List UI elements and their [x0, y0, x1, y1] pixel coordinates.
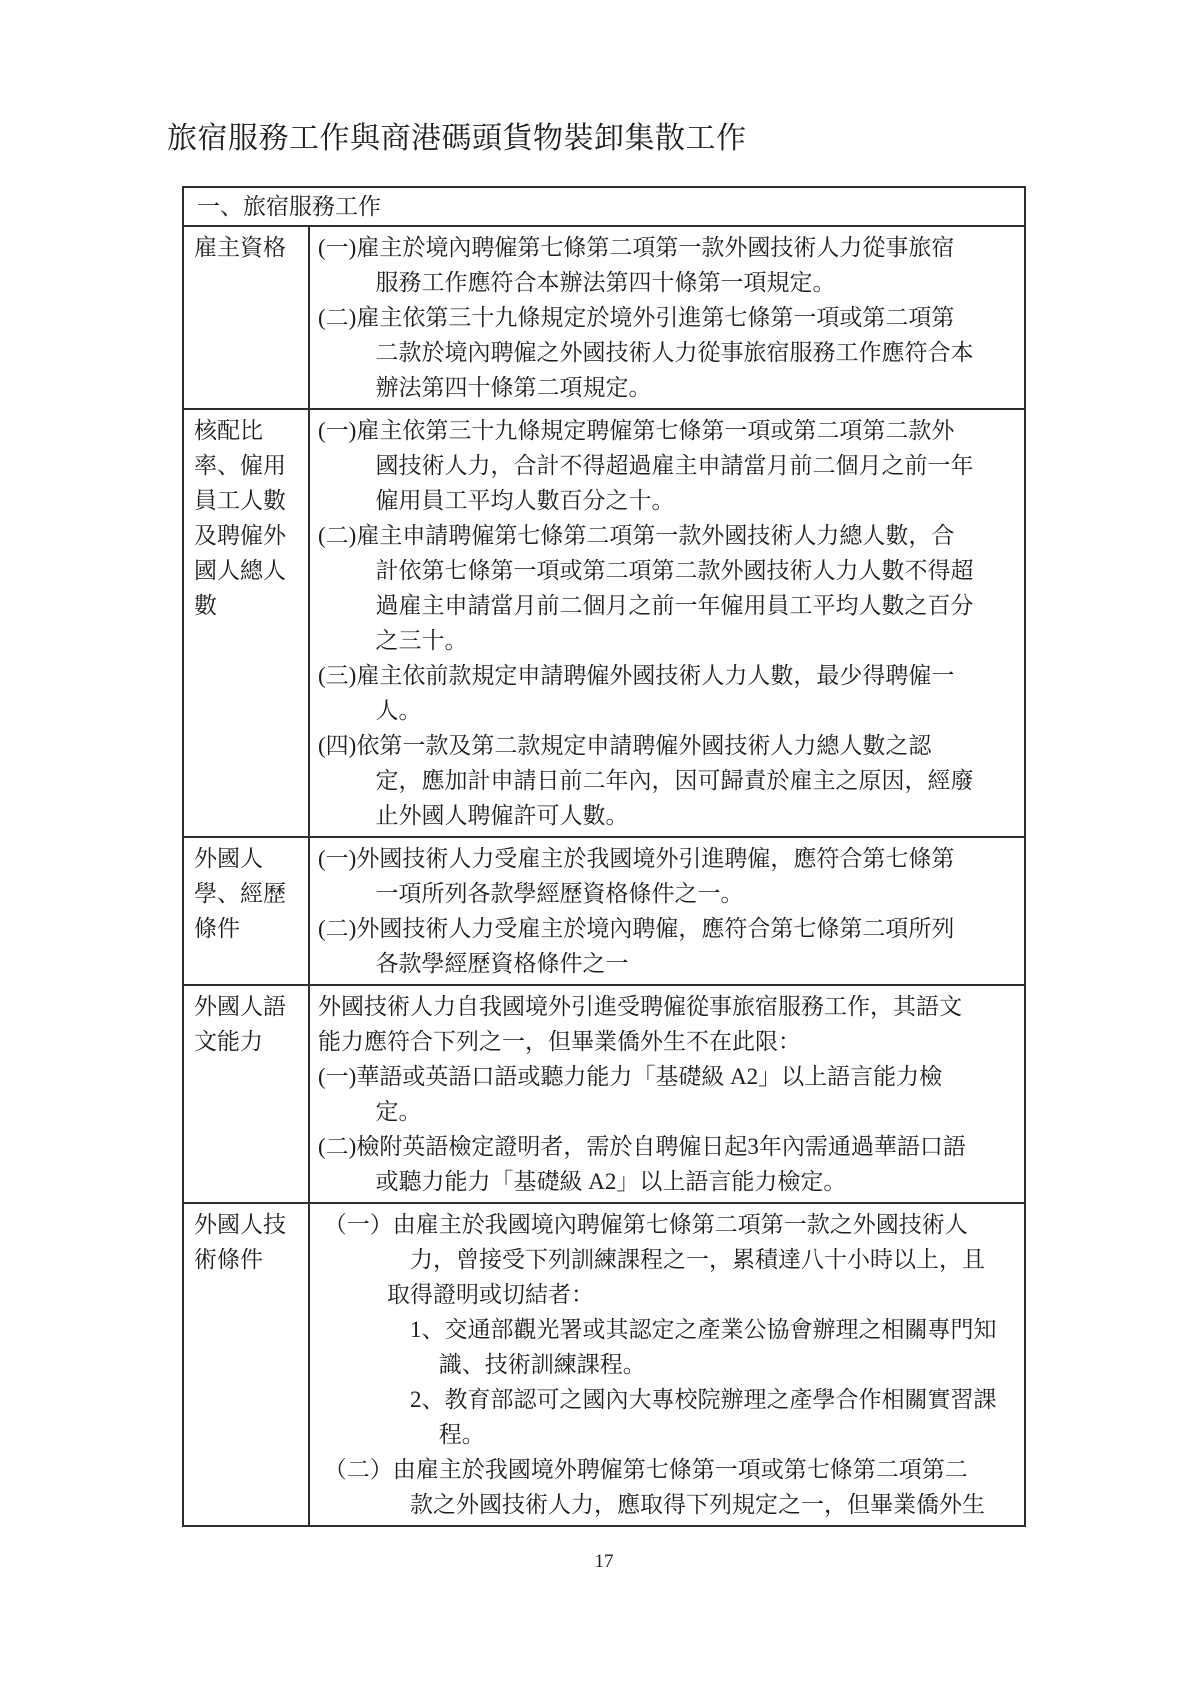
table-row-language-ability: 外國人語 文能力 外國技術人力自我國境外引進受聘僱從事旅宿服務工作，其語文 能力… [184, 986, 1024, 1204]
row-header-cell: 雇主資格 [184, 227, 310, 408]
table-row-technical-conditions: 外國人技 術條件 （一）由雇主於我國境內聘僱第七條第二項第一款之外國技術人 力，… [184, 1204, 1024, 1525]
table-section-header: 一、旅宿服務工作 [184, 188, 1024, 227]
row-content-cell: (一)雇主於境內聘僱第七條第二項第一款外國技術人力從事旅宿 服務工作應符合本辦法… [310, 227, 1024, 408]
row-content-cell: （一）由雇主於我國境內聘僱第七條第二項第一款之外國技術人 力，曾接受下列訓練課程… [310, 1204, 1024, 1525]
page-number: 17 [182, 1551, 1026, 1573]
document-page: 旅宿服務工作與商港碼頭貨物裝卸集散工作 一、旅宿服務工作 雇主資格 (一)雇主於… [0, 0, 1200, 1697]
table-row-quota-ratio: 核配比 率、僱用 員工人數 及聘僱外 國人總人 數 (一)雇主依第三十九條規定聘… [184, 410, 1024, 838]
row-header-cell: 外國人語 文能力 [184, 986, 310, 1202]
row-header-cell: 核配比 率、僱用 員工人數 及聘僱外 國人總人 數 [184, 410, 310, 836]
document-title: 旅宿服務工作與商港碼頭貨物裝卸集散工作 [167, 113, 747, 157]
regulation-table: 一、旅宿服務工作 雇主資格 (一)雇主於境內聘僱第七條第二項第一款外國技術人力從… [182, 186, 1026, 1527]
table-row-employer-qualification: 雇主資格 (一)雇主於境內聘僱第七條第二項第一款外國技術人力從事旅宿 服務工作應… [184, 227, 1024, 410]
row-content-cell: 外國技術人力自我國境外引進受聘僱從事旅宿服務工作，其語文 能力應符合下列之一，但… [310, 986, 1024, 1202]
table-row-education-experience: 外國人 學、經歷 條件 (一)外國技術人力受雇主於我國境外引進聘僱，應符合第七條… [184, 838, 1024, 986]
row-content-cell: (一)外國技術人力受雇主於我國境外引進聘僱，應符合第七條第 一項所列各款學經歷資… [310, 838, 1024, 984]
row-content-cell: (一)雇主依第三十九條規定聘僱第七條第一項或第二項第二款外 國技術人力，合計不得… [310, 410, 1024, 836]
row-header-cell: 外國人 學、經歷 條件 [184, 838, 310, 984]
row-header-cell: 外國人技 術條件 [184, 1204, 310, 1525]
